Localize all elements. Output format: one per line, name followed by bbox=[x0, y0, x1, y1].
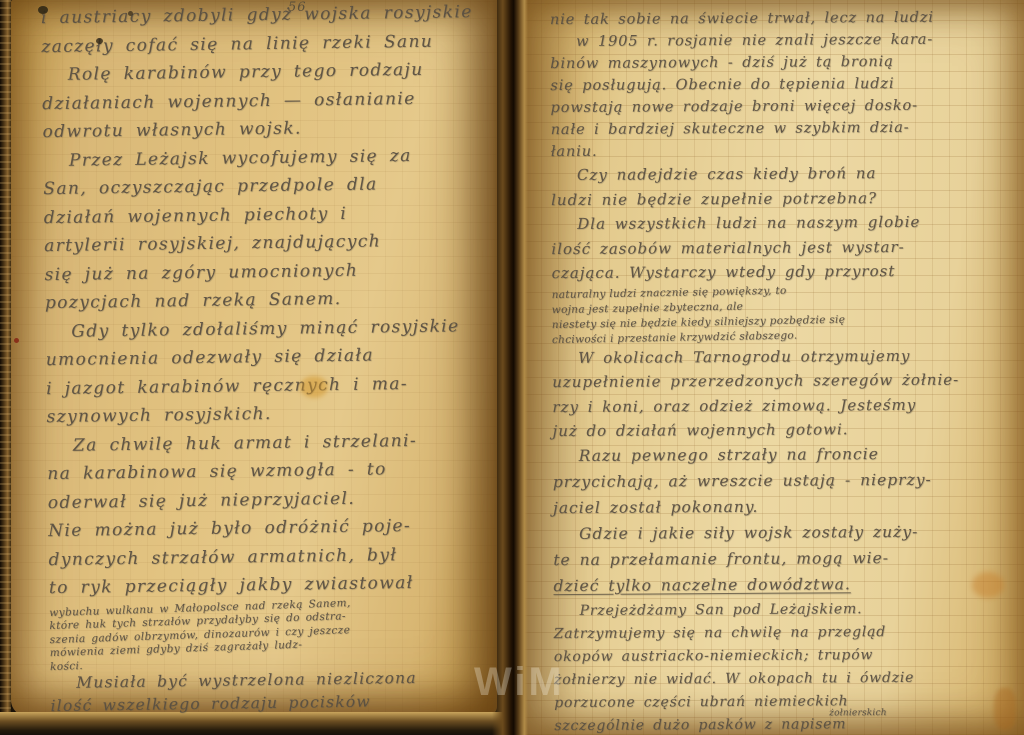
handwritten-line: Razu pewnego strzały na froncie bbox=[553, 444, 1024, 473]
page-right: nie tak sobie na świecie trwał, lecz na … bbox=[524, 0, 1024, 735]
handwritten-line: w 1905 r. rosjanie nie znali jeszcze kar… bbox=[550, 31, 1024, 56]
handwritten-line: żołnierzy nie widać. W okopach tu i ówdz… bbox=[554, 669, 1024, 695]
handwritten-line: Zatrzymujemy się na chwilę na przegląd bbox=[554, 623, 1024, 649]
handwritten-line: ludzi nie będzie zupełnie potrzebna? bbox=[551, 188, 1024, 215]
handwritten-line: jaciel został pokonany. bbox=[553, 496, 1024, 525]
red-speck bbox=[14, 338, 19, 343]
page-number: 56 bbox=[288, 0, 307, 15]
handwritten-line: Przejeżdżamy San pod Leżajskiem. bbox=[554, 600, 1024, 626]
handwritten-line: się posługują. Obecnie do tępienia ludzi bbox=[550, 75, 1024, 100]
ink-speck bbox=[38, 6, 48, 14]
handwritten-line: łaniu. bbox=[551, 141, 1024, 166]
handwritten-line: binów maszynowych - dziś już tą bronią bbox=[550, 53, 1024, 78]
paper-stain bbox=[994, 688, 1016, 730]
page-right-text: nie tak sobie na świecie trwał, lecz na … bbox=[524, 0, 1024, 735]
page-left-text: i austriacy zdobyli gdyż wojska rosyjski… bbox=[11, 0, 497, 716]
gutter-shadow bbox=[492, 0, 528, 735]
handwritten-line: szczególnie dużo pasków z napisemżołnier… bbox=[554, 715, 1024, 735]
handwritten-line: powstają nowe rodzaje broni więcej dosko… bbox=[550, 97, 1024, 122]
handwritten-line: nie tak sobie na świecie trwał, lecz na … bbox=[550, 9, 1024, 34]
notebook-photo: i austriacy zdobyli gdyż wojska rosyjski… bbox=[0, 0, 1024, 735]
handwritten-line: przycichają, aż wreszcie ustają - nieprz… bbox=[553, 470, 1024, 499]
handwritten-line: W okolicach Tarnogrodu otrzymujemy bbox=[552, 346, 1024, 373]
handwritten-line: Gdzie i jakie siły wojsk zostały zuży- bbox=[553, 522, 1024, 551]
handwritten-line: Dla wszystkich ludzi na naszym globie bbox=[551, 212, 1024, 239]
handwritten-line: nałe i bardziej skuteczne w szybkim dzia… bbox=[551, 119, 1024, 144]
handwritten-line: rzy i koni, oraz odzież zimową. Jesteśmy bbox=[552, 395, 1024, 422]
ink-speck bbox=[128, 11, 133, 16]
watermark: WiM bbox=[474, 660, 565, 705]
page-left: i austriacy zdobyli gdyż wojska rosyjski… bbox=[11, 0, 497, 716]
book-spine-edge bbox=[0, 0, 11, 735]
handwritten-line: uzupełnienie przerzedzonych szeregów żoł… bbox=[552, 370, 1024, 397]
inserted-word: żołnierskich bbox=[829, 708, 887, 718]
handwritten-line: ilość zasobów materialnych jest wystar- bbox=[551, 237, 1024, 264]
paper-stain bbox=[300, 376, 328, 398]
handwritten-line: już do działań wojennych gotowi. bbox=[552, 419, 1024, 446]
handwritten-line: te na przełamanie frontu, mogą wie- bbox=[553, 548, 1024, 577]
handwritten-line: okopów austriacko-niemieckich; trupów bbox=[554, 646, 1024, 672]
handwritten-line: dzieć tylko naczelne dowództwa. bbox=[553, 574, 1024, 603]
ink-speck bbox=[96, 38, 103, 44]
paper-stain bbox=[972, 572, 1004, 598]
handwritten-line: Czy nadejdzie czas kiedy broń na bbox=[551, 163, 1024, 190]
handwritten-line: porzucone części ubrań niemieckich bbox=[554, 692, 1024, 718]
